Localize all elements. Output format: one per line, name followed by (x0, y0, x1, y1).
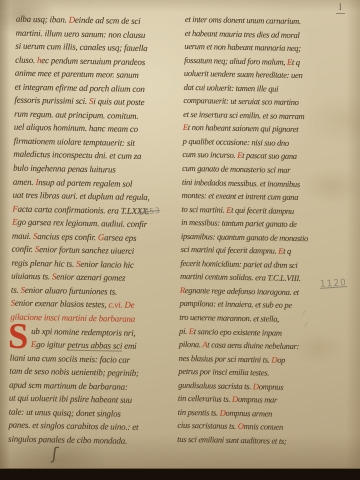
ink-text: cum ganato de monasterio sci mar (182, 164, 290, 175)
ink-text: einde ad scm de sci (75, 15, 141, 26)
ink-text: t sancio epo existente inpam (194, 327, 282, 338)
ink-text: ompnus (259, 382, 284, 391)
ink-text: enior azenari gomez (56, 272, 125, 283)
folio-mark: l (336, 2, 345, 14)
rubric-text: c.vi. De (108, 300, 134, 310)
ink-text: petrus por insci emilia testes. (178, 367, 269, 378)
ink-text: t casa aens diuine nebelunar: (207, 340, 299, 351)
ink-text: t q (292, 58, 300, 67)
ink-text: ut qui uoluerit ibi pslire habeant suu (9, 393, 132, 405)
ink-text: anime mee et parentum meor. sanum (15, 68, 139, 80)
ink-text: bulo ingehenna penas luiturus (13, 163, 116, 175)
manuscript-line: singulos panales de cibo mondada. (8, 433, 160, 449)
ink-text: singulos panales de cibo mondada. (8, 434, 127, 446)
ink-text: uel aliquos hominum. hanc meam co (14, 122, 138, 134)
ink-text: tin cellerarius ts. (178, 394, 232, 404)
ink-text: acta carta confirmationis. era T.LXXX. (18, 203, 150, 215)
ink-text: martini centum solidos. era T.C.L.VIII. (180, 272, 301, 283)
ink-text: cius sacristanus ts. (177, 421, 238, 431)
ink-text: et se insertura sci emilin. et so marram (183, 110, 304, 121)
ink-text: tus sci emiliani sunt auditores et ts; (177, 435, 286, 446)
ink-text: uoluerit uendere suam hereditate: uen (184, 69, 303, 80)
ink-text: mnis conuen (244, 422, 284, 432)
ink-text: liani una cum sociis meis: facio car (10, 352, 130, 364)
pencil-date-annotation-right: 1120 (320, 278, 348, 290)
manuscript-line: tus sci emiliani sunt auditores et ts; (177, 433, 301, 449)
ink-text: i quis aut poste (93, 96, 144, 107)
ink-text: pi. (179, 326, 189, 335)
ink-text: panes. et singlos carabitos de uino.: et (8, 420, 138, 432)
ink-text: confir. (12, 244, 35, 254)
ink-text: p qualibet occasione: nisi suo dno (183, 137, 289, 148)
ink-text: fecerit homicidium: pariet ad dnm sci (180, 259, 297, 270)
ink-text: tro uenerne marannon. et stella, (179, 313, 279, 324)
ink-text: et habeant mauria tres dies ad moral (185, 28, 300, 39)
illuminated-initial-S: S (8, 320, 33, 352)
ink-text: pilona. (179, 340, 203, 349)
ink-text: t qui fecerit dampnu (231, 205, 294, 215)
ink-text: t pascat suo gana (242, 151, 297, 161)
ink-text: ompnus armen (226, 409, 273, 419)
ink-text: maui. (12, 230, 33, 240)
ink-text: ompnus mar (238, 395, 277, 405)
ink-text: t q (283, 247, 291, 256)
ink-text: si uerum cum illis, canales usq; fauella (15, 41, 147, 53)
ink-text: enior exenar blasios testes, (15, 298, 109, 310)
ink-text: nes blasius por sci martini ts. (179, 354, 272, 365)
ink-text: ts. (11, 285, 21, 295)
ink-text: fossatum neq; aliud foro malum, (184, 56, 287, 67)
ink-text: uerum et non habeant mannaria neq; (184, 42, 301, 53)
ink-text: alba usq; iban. (16, 14, 69, 25)
ink-text: sci martini qui fecerit dampnu. (181, 245, 279, 256)
ink-text: enior fortun sanchez uiuerci (39, 244, 134, 256)
ink-text: pampilona: et innaiera. et sub eo pe (180, 299, 292, 310)
ink-text: petrus abbas sci (67, 340, 122, 352)
ink-text: martini. illum uero sanum: non clausu (16, 27, 146, 39)
ink-text: go igitur (36, 339, 67, 350)
ink-text: gundisaluus sacrista ts. (178, 381, 253, 391)
ink-text: tam de seso nobis uenientib; pegrinib; (9, 366, 139, 378)
ink-text: ec pendum seruuium prandeos (41, 55, 145, 67)
ink-text: go garsea rex legionum. audiui. confir (17, 217, 147, 229)
ink-text: comparauerit: ut seruiat sco martino (183, 96, 298, 107)
text-column-right: et inter oms donent unum carnarium.et ha… (177, 13, 309, 455)
manuscript-photo: alba usq; iban. Deinde ad scm de scimart… (0, 0, 360, 480)
photo-dark-edge (0, 468, 360, 480)
ink-text: amen. (13, 176, 36, 186)
ink-text: in messibus: tantum pariet ganato de (181, 218, 297, 229)
ink-text: ub xpi nomine redemptoris nri, (31, 326, 136, 338)
ink-text: emi (122, 341, 136, 351)
ink-text: arsea eps (104, 232, 136, 243)
ink-text: enior lancio hic (80, 259, 133, 270)
ink-text: t non habeant saionem qui pignoret (188, 123, 299, 134)
ink-text: nsup ad partem regalem sol (38, 177, 132, 189)
ink-text: dat cui uoluerit: tamen ille qui (184, 83, 279, 94)
ink-text: firmationem uiolare temptauerit: sit (14, 136, 135, 148)
ink-text: tale: ut unus quisq; donet singlos (9, 406, 121, 418)
ink-text: uiuianus ts. (11, 271, 52, 282)
ink-text: tin psentis ts. (178, 408, 220, 418)
ink-text: egnante rege adefonso inaragona. et (185, 286, 299, 297)
ink-text: ipsamibus: quantum ganato de monastio (181, 232, 308, 243)
ink-text: et integram efirme ad porch alium con (15, 81, 145, 93)
ink-text: ancius eps confir. (37, 231, 98, 242)
ink-text: enior aluaro furtuniones ts. (25, 285, 117, 297)
ink-text: cluso. (15, 54, 37, 64)
text-column-left: alba usq; iban. Deinde ad scm de scimart… (8, 13, 168, 456)
ink-text: tini inbedados messibus. et inomnibus (182, 177, 300, 188)
ink-text: cum suo incurso. (182, 150, 237, 160)
ink-text: montes: et exeant et intrent cum gana (182, 191, 299, 202)
ink-text: fessoris purissimi sci. (14, 95, 89, 106)
ink-text: to sci martini. (181, 205, 226, 215)
ink-text: regis plenar hic ts. (11, 257, 76, 268)
ink-text: et inter oms donent unum carnarium. (185, 15, 301, 26)
ink-text: rum regum. aut principum. comitum. (14, 108, 138, 120)
ink-text: op (277, 355, 285, 364)
ink-text: apud scm martinum de barbarana: (9, 379, 128, 391)
ink-text: maledictus inconspectu dni. et cum za (13, 149, 141, 161)
ink-text: uat tres libras auri. et duplum ad regul… (13, 190, 150, 203)
